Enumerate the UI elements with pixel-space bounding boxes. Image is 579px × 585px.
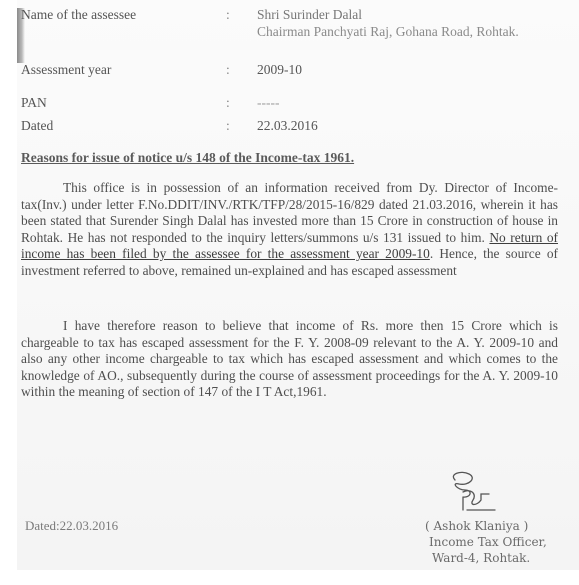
signatory-title: Income Tax Officer, — [429, 535, 547, 549]
signatory-ward: Ward-4, Rohtak. — [432, 551, 530, 565]
paragraph-text: This office is in possession of an infor… — [21, 180, 558, 245]
colon: : — [226, 95, 230, 111]
assessment-year-value: 2009-10 — [257, 62, 302, 78]
assessment-year-label: Assessment year — [21, 62, 111, 78]
paragraph-reason-to-believe: I have therefore reason to believe that … — [21, 318, 558, 401]
pan-value: ----- — [257, 95, 279, 111]
paragraph-information: This office is in possession of an infor… — [21, 180, 558, 279]
dated-label: Dated — [21, 118, 53, 134]
assessee-name-value: Shri Surinder Dalal — [257, 7, 362, 23]
signatory-name: ( Ashok Klaniya ) — [425, 519, 528, 533]
assessee-address-value: Chairman Panchyati Raj, Gohana Road, Roh… — [257, 24, 519, 40]
dated-value: 22.03.2016 — [257, 118, 318, 134]
notice-heading: Reasons for issue of notice u/s 148 of t… — [21, 150, 354, 166]
pan-label: PAN — [21, 95, 47, 111]
footer-date: Dated:22.03.2016 — [25, 518, 118, 534]
colon: : — [226, 7, 230, 23]
signature-icon — [447, 470, 497, 515]
paragraph-text: I have therefore reason to believe that … — [21, 318, 558, 399]
colon: : — [226, 62, 230, 78]
assessee-name-label: Name of the assessee — [21, 7, 136, 23]
colon: : — [226, 118, 230, 134]
